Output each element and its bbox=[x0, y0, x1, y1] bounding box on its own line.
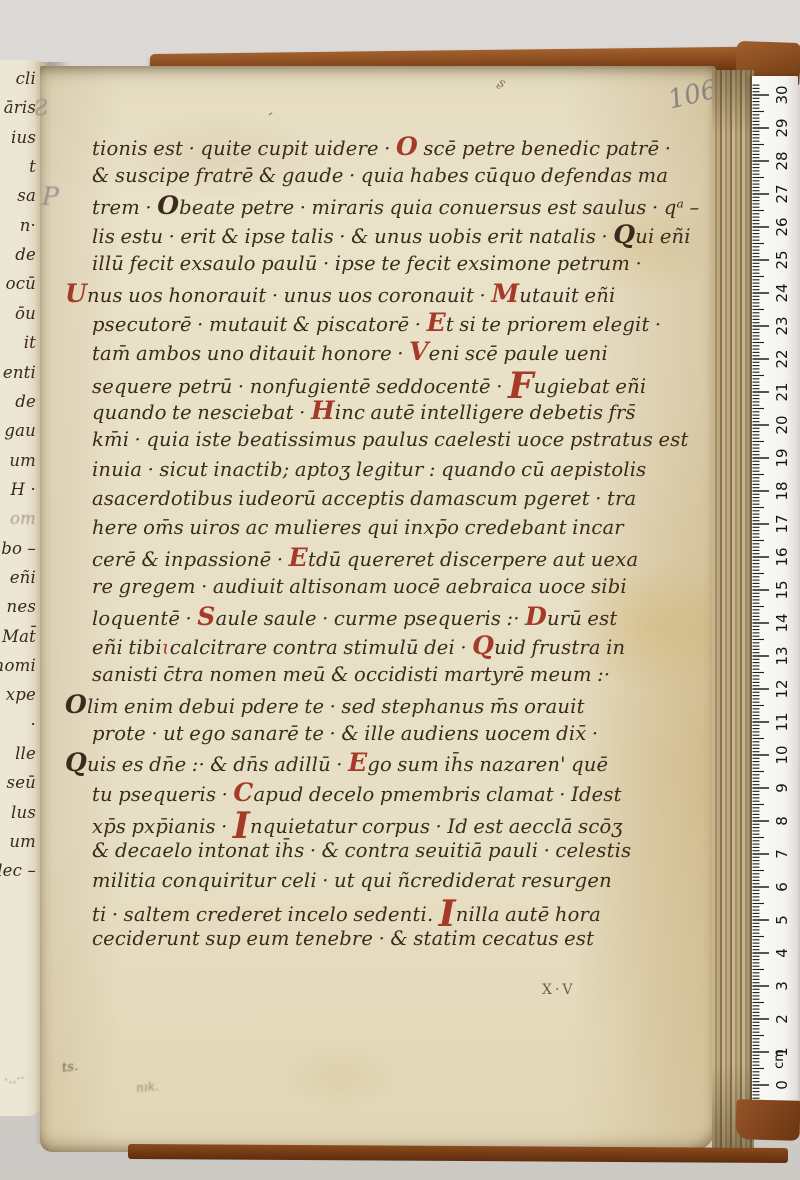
text-segment: prote · ut ego sanarē te · & ille audien… bbox=[92, 722, 598, 745]
ruler-number: 9 bbox=[773, 783, 791, 793]
ruler-number: 26 bbox=[773, 217, 791, 236]
ruler-number: 19 bbox=[773, 448, 791, 467]
manuscript-line-6: Unus uos honorauit · unus uos coronauit … bbox=[65, 279, 704, 308]
facing-page-fragment: gau bbox=[4, 421, 36, 450]
facing-page-fragment: ocū bbox=[6, 274, 36, 303]
ruler-number: 20 bbox=[773, 415, 791, 434]
facing-page-fragment: āris bbox=[4, 98, 36, 127]
text-segment: scē petre benedic patrē · bbox=[418, 137, 671, 160]
ruler-number: 21 bbox=[773, 382, 791, 401]
manuscript-line-23: tu psequeris · Capud decelo pmembris cla… bbox=[92, 778, 704, 807]
ruler-number: 23 bbox=[773, 316, 791, 335]
text-segment: beate petre · miraris quia conuersus est… bbox=[179, 196, 699, 219]
text-segment: uis es dn̄e :· & dn̄s adillū · bbox=[87, 753, 348, 776]
text-segment: & decaelo intonat ih̄s · & contra seuiti… bbox=[92, 839, 631, 862]
text-segment: sequere petrū · nonfugientē seddocentē · bbox=[92, 375, 508, 398]
manuscript-line-4: lis estu · erit & ipse talis · & unus uo… bbox=[92, 220, 704, 249]
text-segment: go sum ih̄s nazaren' quē bbox=[367, 753, 608, 776]
text-segment: tdū quereret discerpere aut uexa bbox=[308, 548, 638, 571]
text-segment: calcitrare contra stimulū dei · bbox=[170, 636, 472, 659]
manuscript-line-3: trem · Obeate petre · miraris quia conue… bbox=[92, 191, 704, 220]
facing-page-fragment: cli bbox=[16, 69, 36, 98]
manuscript-line-19: sanisti c̄tra nomen meū & occidisti mart… bbox=[92, 660, 704, 689]
ruler-number: 5 bbox=[773, 915, 791, 925]
facing-page-fragment: selec – bbox=[0, 861, 36, 890]
rubric-initial: I bbox=[233, 805, 250, 847]
facing-page-fragment: H · bbox=[11, 480, 36, 509]
rubric-initial: Q bbox=[472, 631, 494, 660]
manuscript-line-1: tionis est · quite cupit uidere · O scē … bbox=[92, 132, 704, 161]
ruler-number: 13 bbox=[773, 646, 791, 665]
ruler-number: 10 bbox=[773, 745, 791, 764]
manuscript-line-2: & suscipe fratrē & gaude · quia habes cū… bbox=[92, 161, 704, 190]
ruler-number: 0 bbox=[773, 1080, 791, 1090]
ruler-number: 28 bbox=[773, 151, 791, 170]
text-segment: lis estu · erit & ipse talis · & unus uo… bbox=[92, 225, 613, 248]
manuscript-line-24: xp̄s pxp̄ianis · Inquietatur corpus · Id… bbox=[92, 807, 704, 836]
book-cover-edge-bottom bbox=[128, 1144, 788, 1163]
rubric-initial: F bbox=[508, 365, 534, 407]
ruler-number: 6 bbox=[773, 882, 791, 892]
text-segment: sanisti c̄tra nomen meū & occidisti mart… bbox=[92, 663, 610, 686]
rubric-initial: I bbox=[439, 893, 456, 935]
facing-page-fragment: nes bbox=[7, 597, 36, 626]
manuscript-line-10: quando te nesciebat · Hinc autē intellig… bbox=[92, 396, 704, 425]
ruler-number: 7 bbox=[773, 849, 791, 859]
ruler-number: 22 bbox=[773, 349, 791, 368]
manuscript-line-16: re gregem · audiuit altisonam uocē aebra… bbox=[92, 572, 704, 601]
rubric-initial: V bbox=[409, 337, 429, 366]
text-segment: uid frustra in bbox=[494, 636, 625, 659]
manuscript-line-9: sequere petrū · nonfugientē seddocentē ·… bbox=[92, 367, 704, 396]
facing-page-fragment: seū bbox=[7, 773, 36, 802]
text-segment: ui eñi bbox=[635, 225, 691, 248]
ruler-number: 17 bbox=[773, 514, 791, 533]
text-segment: cerē & inpassionē · bbox=[92, 548, 289, 571]
text-segment: eni scē paule ueni bbox=[429, 342, 608, 365]
text-segment: nilla autē hora bbox=[456, 903, 601, 926]
ruler-number: 25 bbox=[773, 250, 791, 269]
text-segment: lim enim debui pdere te · sed stephanus … bbox=[87, 695, 585, 718]
manuscript-line-28: ceciderunt sup eum tenebre · & statim ce… bbox=[92, 924, 704, 953]
ruler-number: 27 bbox=[773, 184, 791, 203]
manuscript-photo: cliārisiustsan·deocūōuitentidegauumH ·om… bbox=[0, 0, 800, 1180]
manuscript-line-18: eñi tibiɩcalcitrare contra stimulū dei ·… bbox=[92, 631, 704, 660]
manuscript-line-25: & decaelo intonat ih̄s · & contra seuiti… bbox=[92, 836, 704, 865]
facing-page-fragment: de bbox=[15, 245, 36, 274]
ruler-number: 3 bbox=[773, 981, 791, 991]
text-segment: illū fecit exsaulo paulū · ipse te fecit… bbox=[92, 252, 642, 275]
manuscript-line-12: inuia · sicut inactib; aptoʒ legitur : q… bbox=[92, 455, 704, 484]
text-segment: ugiebat eñi bbox=[534, 375, 647, 398]
manuscript-line-7: psecutorē · mutauit & piscatorē · Et si … bbox=[92, 308, 704, 337]
manuscript-line-26: militia conquiritur celi · ut qui ñcredi… bbox=[92, 866, 704, 895]
text-segment: km̄i · quia iste beatissimus paulus cael… bbox=[92, 428, 689, 451]
facing-page-fragment: xpe bbox=[6, 685, 36, 714]
rubric-initial: E bbox=[348, 748, 367, 777]
text-segment: asacerdotibus iudeorū acceptis damascum … bbox=[92, 487, 636, 510]
facing-page-fragment: lle bbox=[15, 744, 36, 773]
rubric-initial: ɩ bbox=[162, 636, 170, 659]
rubric-initial: M bbox=[491, 279, 519, 308]
ruler-number: 18 bbox=[773, 481, 791, 500]
text-segment: & suscipe fratrē & gaude · quia habes cū… bbox=[92, 164, 668, 187]
manuscript-line-22: Quis es dn̄e :· & dn̄s adillū · Ego sum … bbox=[65, 748, 704, 777]
rubric-initial: U bbox=[65, 279, 87, 308]
ruler-number: 30 bbox=[773, 85, 791, 104]
facing-page-fragment: ōu bbox=[15, 304, 36, 333]
text-segment: trem · bbox=[92, 196, 157, 219]
ruler-number: 14 bbox=[773, 613, 791, 632]
ruler-number: 29 bbox=[773, 118, 791, 137]
ink-smudge-2: ·..·· bbox=[3, 1071, 25, 1088]
facing-page-fragment: um bbox=[9, 832, 36, 861]
pencil-letter-p: P bbox=[41, 182, 59, 212]
text-block: tionis est · quite cupit uidere · O scē … bbox=[92, 132, 704, 954]
facing-page-fragment: ius bbox=[11, 128, 36, 157]
manuscript-line-21: prote · ut ego sanarē te · & ille audien… bbox=[92, 719, 704, 748]
text-segment: re gregem · audiuit altisonam uocē aebra… bbox=[92, 575, 627, 598]
ruler-number: 11 bbox=[773, 712, 791, 731]
facing-page-fragment: de bbox=[15, 392, 36, 421]
facing-page-fragment: um bbox=[9, 451, 36, 480]
ink-smudge-1: ts. bbox=[61, 1059, 79, 1076]
text-segment: eñi tibi bbox=[92, 636, 162, 659]
text-segment: urū est bbox=[547, 607, 617, 630]
manuscript-line-20: Olim enim debui pdere te · sed stephanus… bbox=[65, 690, 704, 719]
text-segment: tam̄ ambos uno ditauit honore · bbox=[92, 342, 409, 365]
manuscript-line-14: here om̄s uiros ac mulieres qui inxp̄o c… bbox=[92, 513, 704, 542]
rubric-initial: C bbox=[233, 778, 253, 807]
rubric-initial: E bbox=[289, 543, 308, 572]
facing-page-fragment: lus bbox=[11, 803, 36, 832]
text-segment: militia conquiritur celi · ut qui ñcredi… bbox=[92, 869, 612, 892]
fore-edge-page-stack bbox=[712, 70, 754, 1150]
text-segment: nquietatur corpus · Id est aecclā scōʒ bbox=[250, 815, 623, 838]
text-segment: tionis est · quite cupit uidere · bbox=[92, 137, 396, 160]
ruler-number: 16 bbox=[773, 547, 791, 566]
manuscript-line-11: km̄i · quia iste beatissimus paulus cael… bbox=[92, 425, 704, 454]
text-segment: psecutorē · mutauit & piscatorē · bbox=[92, 313, 427, 336]
manuscript-page: 106 tionis est · quite cupit uidere · O … bbox=[40, 66, 716, 1152]
ruler-number: 4 bbox=[773, 948, 791, 958]
text-segment: tu psequeris · bbox=[92, 783, 233, 806]
text-segment: inuia · sicut inactib; aptoʒ legitur : q… bbox=[92, 458, 646, 481]
facing-page-fragment: homi bbox=[0, 656, 36, 685]
ruler-number: 2 bbox=[773, 1014, 791, 1024]
text-segment: xp̄s pxp̄ianis · bbox=[92, 815, 233, 838]
text-segment: t si te priorem elegit · bbox=[446, 313, 661, 336]
facing-page-fragment: nbo – bbox=[0, 539, 36, 568]
ruler-scale: 0123456789101112131415161718192021222324… bbox=[752, 76, 798, 1104]
initial-letter: Q bbox=[65, 748, 87, 777]
facing-page-fragment: eñi bbox=[10, 568, 36, 597]
text-segment: loquentē · bbox=[92, 607, 197, 630]
manuscript-line-27: ti · saltem crederet incelo sedenti. Ini… bbox=[92, 895, 704, 924]
facing-page-fragment: Mat̄ bbox=[2, 627, 36, 656]
text-segment: aule saule · curme psequeris :· bbox=[216, 607, 526, 630]
facing-page-fragment: om bbox=[10, 509, 36, 538]
rubric-initial: D bbox=[525, 602, 547, 631]
ruler: 0123456789101112131415161718192021222324… bbox=[752, 76, 798, 1104]
initial-letter: O bbox=[157, 191, 179, 220]
manuscript-line-17: loquentē · Saule saule · curme psequeris… bbox=[92, 602, 704, 631]
text-segment: utauit eñi bbox=[519, 284, 615, 307]
rubric-initial: O bbox=[396, 132, 418, 161]
manuscript-line-13: asacerdotibus iudeorū acceptis damascum … bbox=[92, 484, 704, 513]
text-segment: nus uos honorauit · unus uos coronauit · bbox=[87, 284, 491, 307]
facing-page-fragment: enti bbox=[3, 363, 36, 392]
text-segment: apud decelo pmembris clamat · Idest bbox=[253, 783, 621, 806]
ruler-unit-label: cm bbox=[772, 1049, 787, 1069]
ink-smudge-3: nık. bbox=[135, 1079, 159, 1095]
rubric-initial: H bbox=[311, 396, 335, 425]
text-segment: inc autē intelligere debetis frs̄ bbox=[335, 401, 636, 424]
text-segment: ceciderunt sup eum tenebre · & statim ce… bbox=[92, 927, 594, 950]
ruler-number: 8 bbox=[773, 816, 791, 826]
quire-mark: X·V bbox=[542, 982, 576, 998]
text-segment: ti · saltem crederet incelo sedenti. bbox=[92, 903, 439, 926]
manuscript-line-5: illū fecit exsaulo paulū · ipse te fecit… bbox=[92, 249, 704, 278]
ruler-number: 24 bbox=[773, 283, 791, 302]
ruler-number: 12 bbox=[773, 679, 791, 698]
text-segment: quando te nesciebat · bbox=[92, 401, 311, 424]
rubric-initial: S bbox=[197, 602, 215, 631]
manuscript-line-15: cerē & inpassionē · Etdū quereret discer… bbox=[92, 543, 704, 572]
ruler-number: 15 bbox=[773, 580, 791, 599]
initial-letter: Q bbox=[613, 220, 635, 249]
book-cover-corner-bottom-right bbox=[735, 1099, 800, 1141]
text-segment: here om̄s uiros ac mulieres qui inxp̄o c… bbox=[92, 516, 624, 539]
manuscript-line-8: tam̄ ambos uno ditauit honore · Veni scē… bbox=[92, 337, 704, 366]
initial-letter: O bbox=[65, 690, 87, 719]
rubric-initial: E bbox=[427, 308, 446, 337]
